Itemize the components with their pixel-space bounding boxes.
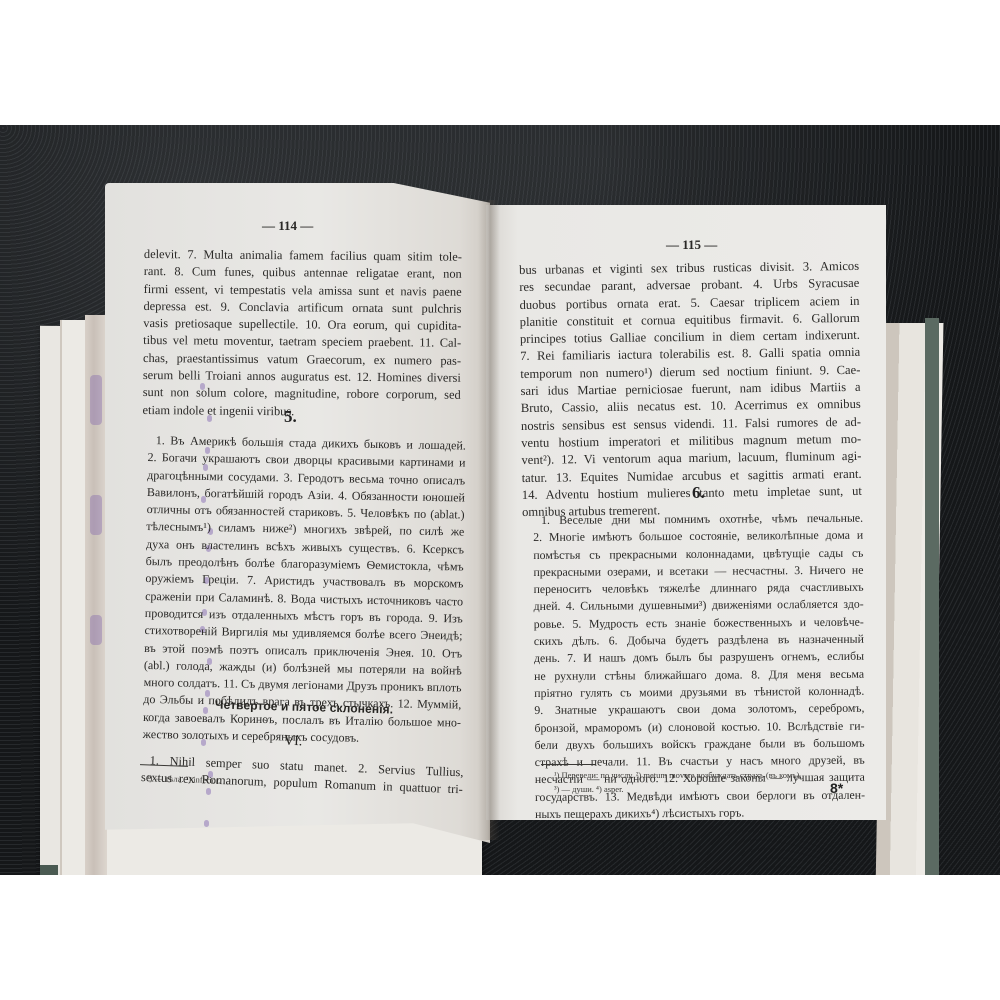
exercise-number-VI: VI.: [284, 734, 303, 751]
text-line: ныхъ пещерахъ дикихъ⁴) лѣсистыхъ горъ.: [535, 804, 865, 824]
ink-stain: [203, 950, 208, 957]
ink-stain: [204, 820, 209, 827]
text-line: 2. Многіе имѣютъ большое состояніе, вели…: [533, 527, 863, 547]
exercise-number-6: 6.: [692, 483, 705, 503]
text-line: etiam indole et ingenii viribus.: [142, 402, 460, 422]
footnote-rule: [541, 764, 596, 765]
right-footnote-2: ³) — души. ⁴) asper.: [554, 782, 624, 796]
signature-mark: 8*: [830, 780, 843, 796]
text-line: дней. 4. Сильными душевными³) движеніями…: [534, 596, 864, 616]
text-line: бронзой, мраморомъ (и) слоновой костью. …: [534, 717, 864, 737]
gutter-shadow: [478, 200, 500, 840]
exercise-number-5: 5.: [284, 407, 297, 427]
right-cover-edge: [925, 318, 939, 875]
left-footnote: ¹) — тѣла. ²) inferior.: [147, 771, 221, 788]
left-cover-edge: [40, 865, 58, 875]
right-latin-continuation: bus urbanas et viginti sex tribus rustic…: [519, 258, 862, 522]
text-line: rant. 8. Cum funes, quibus antennae reli…: [144, 263, 462, 283]
left-page-edge: [85, 315, 107, 875]
ink-stain: [207, 901, 212, 908]
right-page-number: — 115 —: [666, 237, 717, 253]
text-line: 9. Знатные украшаютъ свои дома золотомъ,…: [534, 700, 864, 720]
ink-stain: [205, 933, 210, 940]
text-line: день. 7. И нашъ домъ былъ бы разрушенъ о…: [534, 648, 864, 668]
right-footnote-1: ¹) Переведи: по числу. ²) metum movere в…: [554, 768, 802, 782]
left-page-number: — 114 —: [262, 218, 313, 234]
text-line: помѣстья съ прекрасными колоннадами, цвѣ…: [533, 544, 863, 564]
left-latin-continuation: delevit. 7. Multa animalia famem faciliu…: [142, 246, 461, 422]
